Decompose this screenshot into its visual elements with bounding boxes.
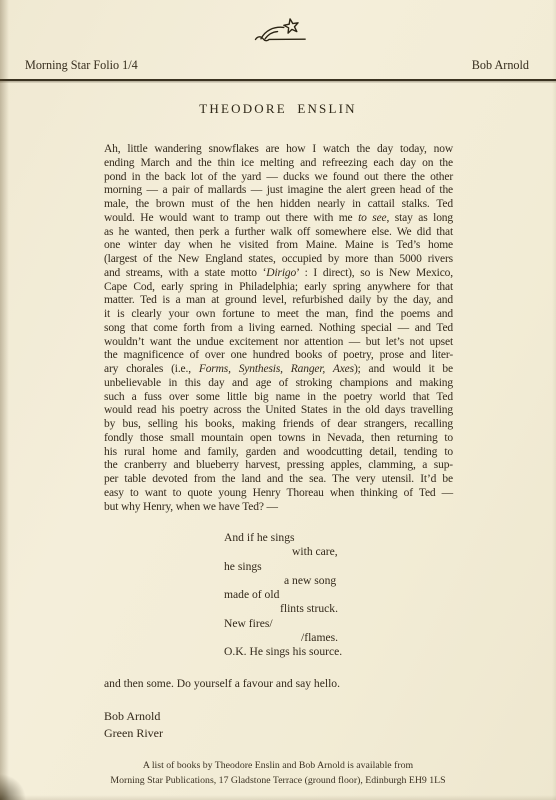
masthead-logo: [251, 16, 309, 45]
body-text: Ah, little wandering snowflakes are how …: [104, 143, 453, 514]
body-text-line: but why Henry, when we have Ted? —: [104, 501, 453, 515]
body-text-line: the magnificence of over one hundred boo…: [104, 349, 453, 363]
body-text-line: matter. Ted is a man at ground level, re…: [104, 294, 453, 308]
body-text-line: (largest of the New England states, occu…: [104, 253, 453, 267]
poem-line: /flames.: [224, 631, 342, 645]
poem-line: he sings: [224, 560, 342, 574]
folio-title: Morning Star Folio 1/4: [25, 58, 138, 73]
signature-place: Green River: [104, 725, 163, 742]
body-text-line: wouldn’t want the undue excitement nor a…: [104, 336, 453, 350]
footer-line-1: A list of books by Theodore Enslin and B…: [0, 758, 556, 773]
shooting-star-icon: [251, 16, 309, 45]
signature: Bob Arnold Green River: [104, 708, 163, 741]
body-text-line: the cranberry and blueberry harvest, pre…: [104, 459, 453, 473]
body-text-line: male, the brown must of the hen hidden n…: [104, 198, 453, 212]
body-text-line: Ah, little wandering snowflakes are how …: [104, 143, 453, 157]
body-text-line: as he wanted, then perk a further walk o…: [104, 226, 453, 240]
body-text-line: and streams, with a state motto ‘Dirigo’…: [104, 267, 453, 281]
scanned-page: Morning Star Folio 1/4 Bob Arnold THEODO…: [0, 0, 556, 800]
body-text-line: fondly those small mountain open towns i…: [104, 432, 453, 446]
body-text-line: morning — a pair of mallards — just imag…: [104, 184, 453, 198]
body-text-line: easy to want to quote young Henry Thorea…: [104, 487, 453, 501]
poem-line: New fires/: [224, 617, 342, 631]
poem-line: with care,: [224, 545, 342, 559]
body-text-line: song that come forth from a living earne…: [104, 322, 453, 336]
poem-line: O.K. He sings his source.: [224, 645, 342, 659]
body-text-line: per table devoted from the land and the …: [104, 473, 453, 487]
poem-line: flints struck.: [224, 602, 342, 616]
poem-line: made of old: [224, 588, 342, 602]
body-text-line: his rural home and family, garden and wo…: [104, 446, 453, 460]
author-name-header: Bob Arnold: [472, 58, 529, 73]
closing-line: and then some. Do yourself a favour and …: [104, 677, 340, 690]
body-text-line: pond in the back lot of the yard — ducks…: [104, 171, 453, 185]
poem: And if he singswith care,he singsa new s…: [224, 531, 342, 660]
body-text-line: it is clearly your own fortune to meet t…: [104, 308, 453, 322]
body-text-line: unbelievable in this day and age of stro…: [104, 377, 453, 391]
header-rule: [0, 79, 556, 81]
footer-line-2: Morning Star Publications, 17 Gladstone …: [0, 773, 556, 788]
body-text-line: such a fuss over some little big name in…: [104, 391, 453, 405]
page-title: THEODORE ENSLIN: [0, 101, 556, 117]
body-text-line: ary chorales (i.e., Forms, Synthesis, Ra…: [104, 363, 453, 377]
poem-line: And if he sings: [224, 531, 342, 545]
body-text-line: by bus, selling his books, making friend…: [104, 418, 453, 432]
body-text-line: would read his poetry across the United …: [104, 404, 453, 418]
poem-line: a new song: [224, 574, 342, 588]
imprint-footer: A list of books by Theodore Enslin and B…: [0, 758, 556, 788]
body-text-line: one winter day when he visited from Main…: [104, 239, 453, 253]
body-text-line: would. He would want to tramp out there …: [104, 212, 453, 226]
signature-name: Bob Arnold: [104, 708, 163, 725]
body-text-line: ending March and the thin ice melting an…: [104, 157, 453, 171]
body-text-line: Cape Cod, early spring in Philadelphia; …: [104, 281, 453, 295]
